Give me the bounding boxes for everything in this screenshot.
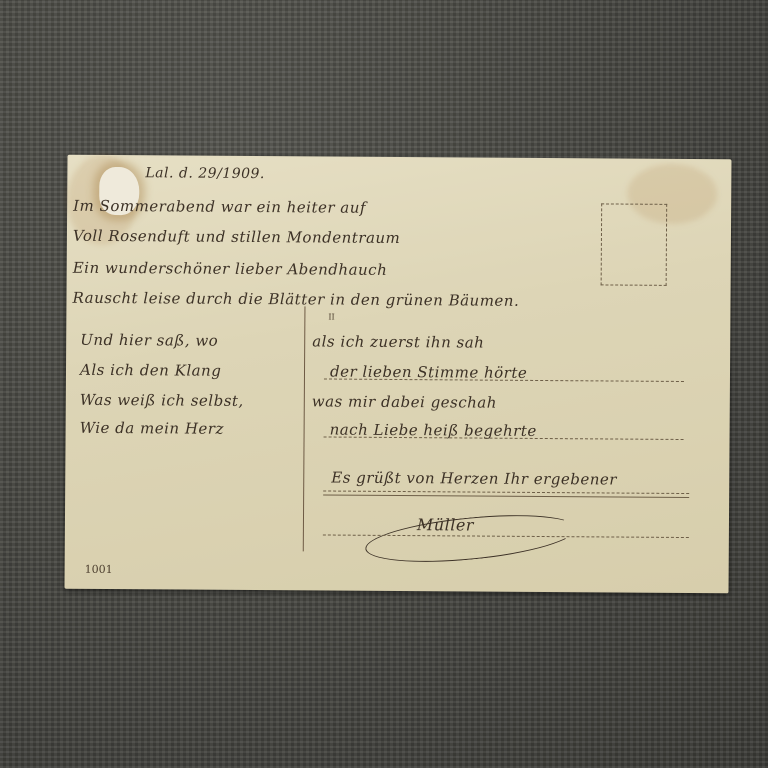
serial-number: 1001 (85, 563, 113, 576)
address-divider-line (303, 306, 306, 551)
greeting-line: Es grüßt von Herzen Ihr ergebener (331, 469, 617, 489)
section-marker: II (328, 313, 334, 322)
left-col-line-3: Was weiß ich selbst, (80, 391, 244, 410)
left-col-line-1: Und hier saß, wo (80, 331, 218, 350)
address-line (323, 490, 689, 494)
left-col-line-4: Wie da mein Herz (80, 419, 224, 438)
poem-line-2: Voll Rosenduft und stillen Mondentraum (73, 227, 400, 247)
poem-line-4: Rauscht leise durch die Blätter in den g… (72, 289, 519, 310)
right-col-line-3: was mir dabei geschah (312, 392, 497, 411)
address-line (323, 494, 689, 498)
left-col-line-2: Als ich den Klang (80, 361, 221, 380)
poem-line-3: Ein wunderschöner lieber Abendhauch (73, 259, 388, 279)
right-col-line-1: als ich zuerst ihn sah (312, 332, 484, 351)
stamp-placeholder-box (601, 203, 668, 285)
signature: Müller (417, 515, 474, 534)
poem-line-1: Im Sommerabend war ein heiter auf (73, 197, 366, 217)
date-line: Lal. d. 29/1909. (145, 165, 265, 182)
postcard: Lal. d. 29/1909. Im Sommerabend war ein … (64, 155, 731, 594)
